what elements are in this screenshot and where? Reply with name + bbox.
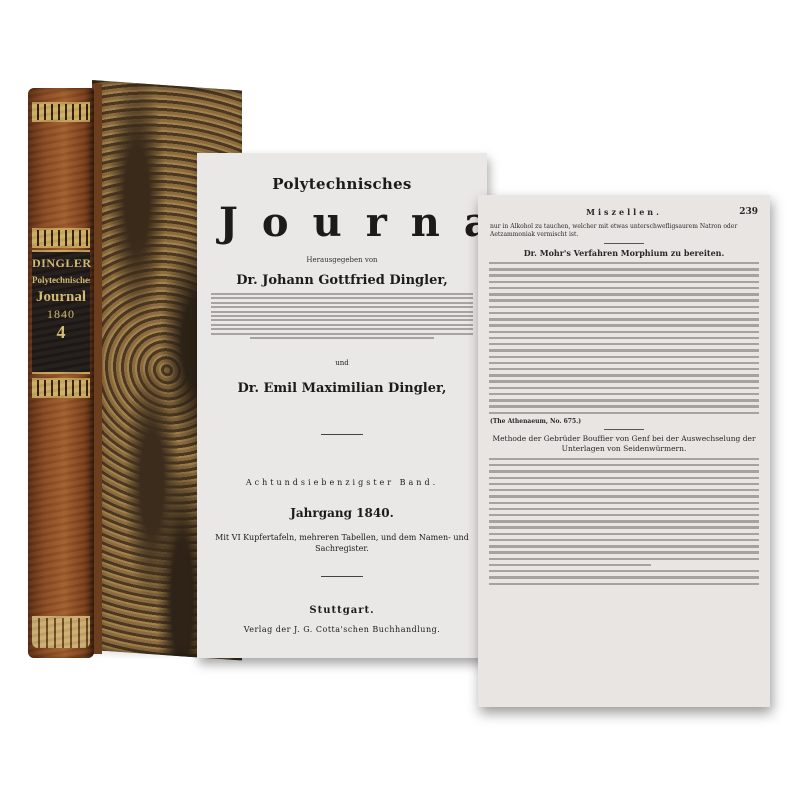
spine-title: Journal [32, 289, 90, 306]
divider-rule [321, 576, 363, 577]
contents-note: Mit VI Kupfertafeln, mehreren Tabellen, … [209, 532, 475, 554]
gilt-band-top [32, 102, 90, 122]
gilt-band-upper [32, 228, 90, 248]
divider-rule [604, 243, 644, 244]
text-page: Miszellen. 239 nur in Alkohol zu tauchen… [478, 195, 770, 707]
divider-rule [321, 434, 363, 435]
spine-subtitle: Polytechnisches [32, 275, 90, 285]
page-number: 239 [739, 207, 758, 217]
spine-title-label: DINGLER Polytechnisches Journal 1840 4 [32, 250, 90, 374]
conjunction: und [197, 359, 487, 367]
title-main: Journal. [197, 199, 487, 246]
continuation-text: nur in Alkohol zu tauchen, welcher mit e… [490, 223, 758, 239]
spine-volume-number: 4 [32, 322, 90, 343]
article-1-body [489, 262, 759, 414]
book-spine: DINGLER Polytechnisches Journal 1840 4 [28, 88, 94, 658]
spine-author: DINGLER [32, 256, 90, 271]
gilt-band-lower [32, 378, 90, 398]
edited-by-label: Herausgegeben von [197, 256, 487, 264]
running-head: Miszellen. [490, 207, 758, 217]
editor-1-name: Dr. Johann Gottfried Dingler, [197, 273, 487, 288]
article-2-heading: Methode der Gebrüder Bouffier von Genf b… [486, 434, 762, 454]
page-header: Miszellen. 239 [490, 207, 758, 223]
publication-city: Stuttgart. [197, 605, 487, 616]
volume-label: Achtundsiebenzigster Band. [197, 478, 487, 487]
gilt-tail-ornament [32, 616, 90, 648]
article-1-citation: (The Athenaeum, No. 675.) [490, 418, 758, 425]
divider-rule [604, 429, 644, 430]
title-overline: Polytechnisches [197, 175, 487, 193]
title-page: Polytechnisches Journal. Herausgegeben v… [197, 153, 487, 658]
spine-year: 1840 [32, 307, 90, 322]
year-label: Jahrgang 1840. [197, 506, 487, 520]
publisher: Verlag der J. G. Cotta'schen Buchhandlun… [197, 625, 487, 634]
editor-1-credentials [211, 293, 473, 339]
editor-2-name: Dr. Emil Maximilian Dingler, [197, 381, 487, 396]
article-2-body [489, 458, 759, 585]
article-1-heading: Dr. Mohr's Verfahren Morphium zu bereite… [478, 248, 770, 258]
